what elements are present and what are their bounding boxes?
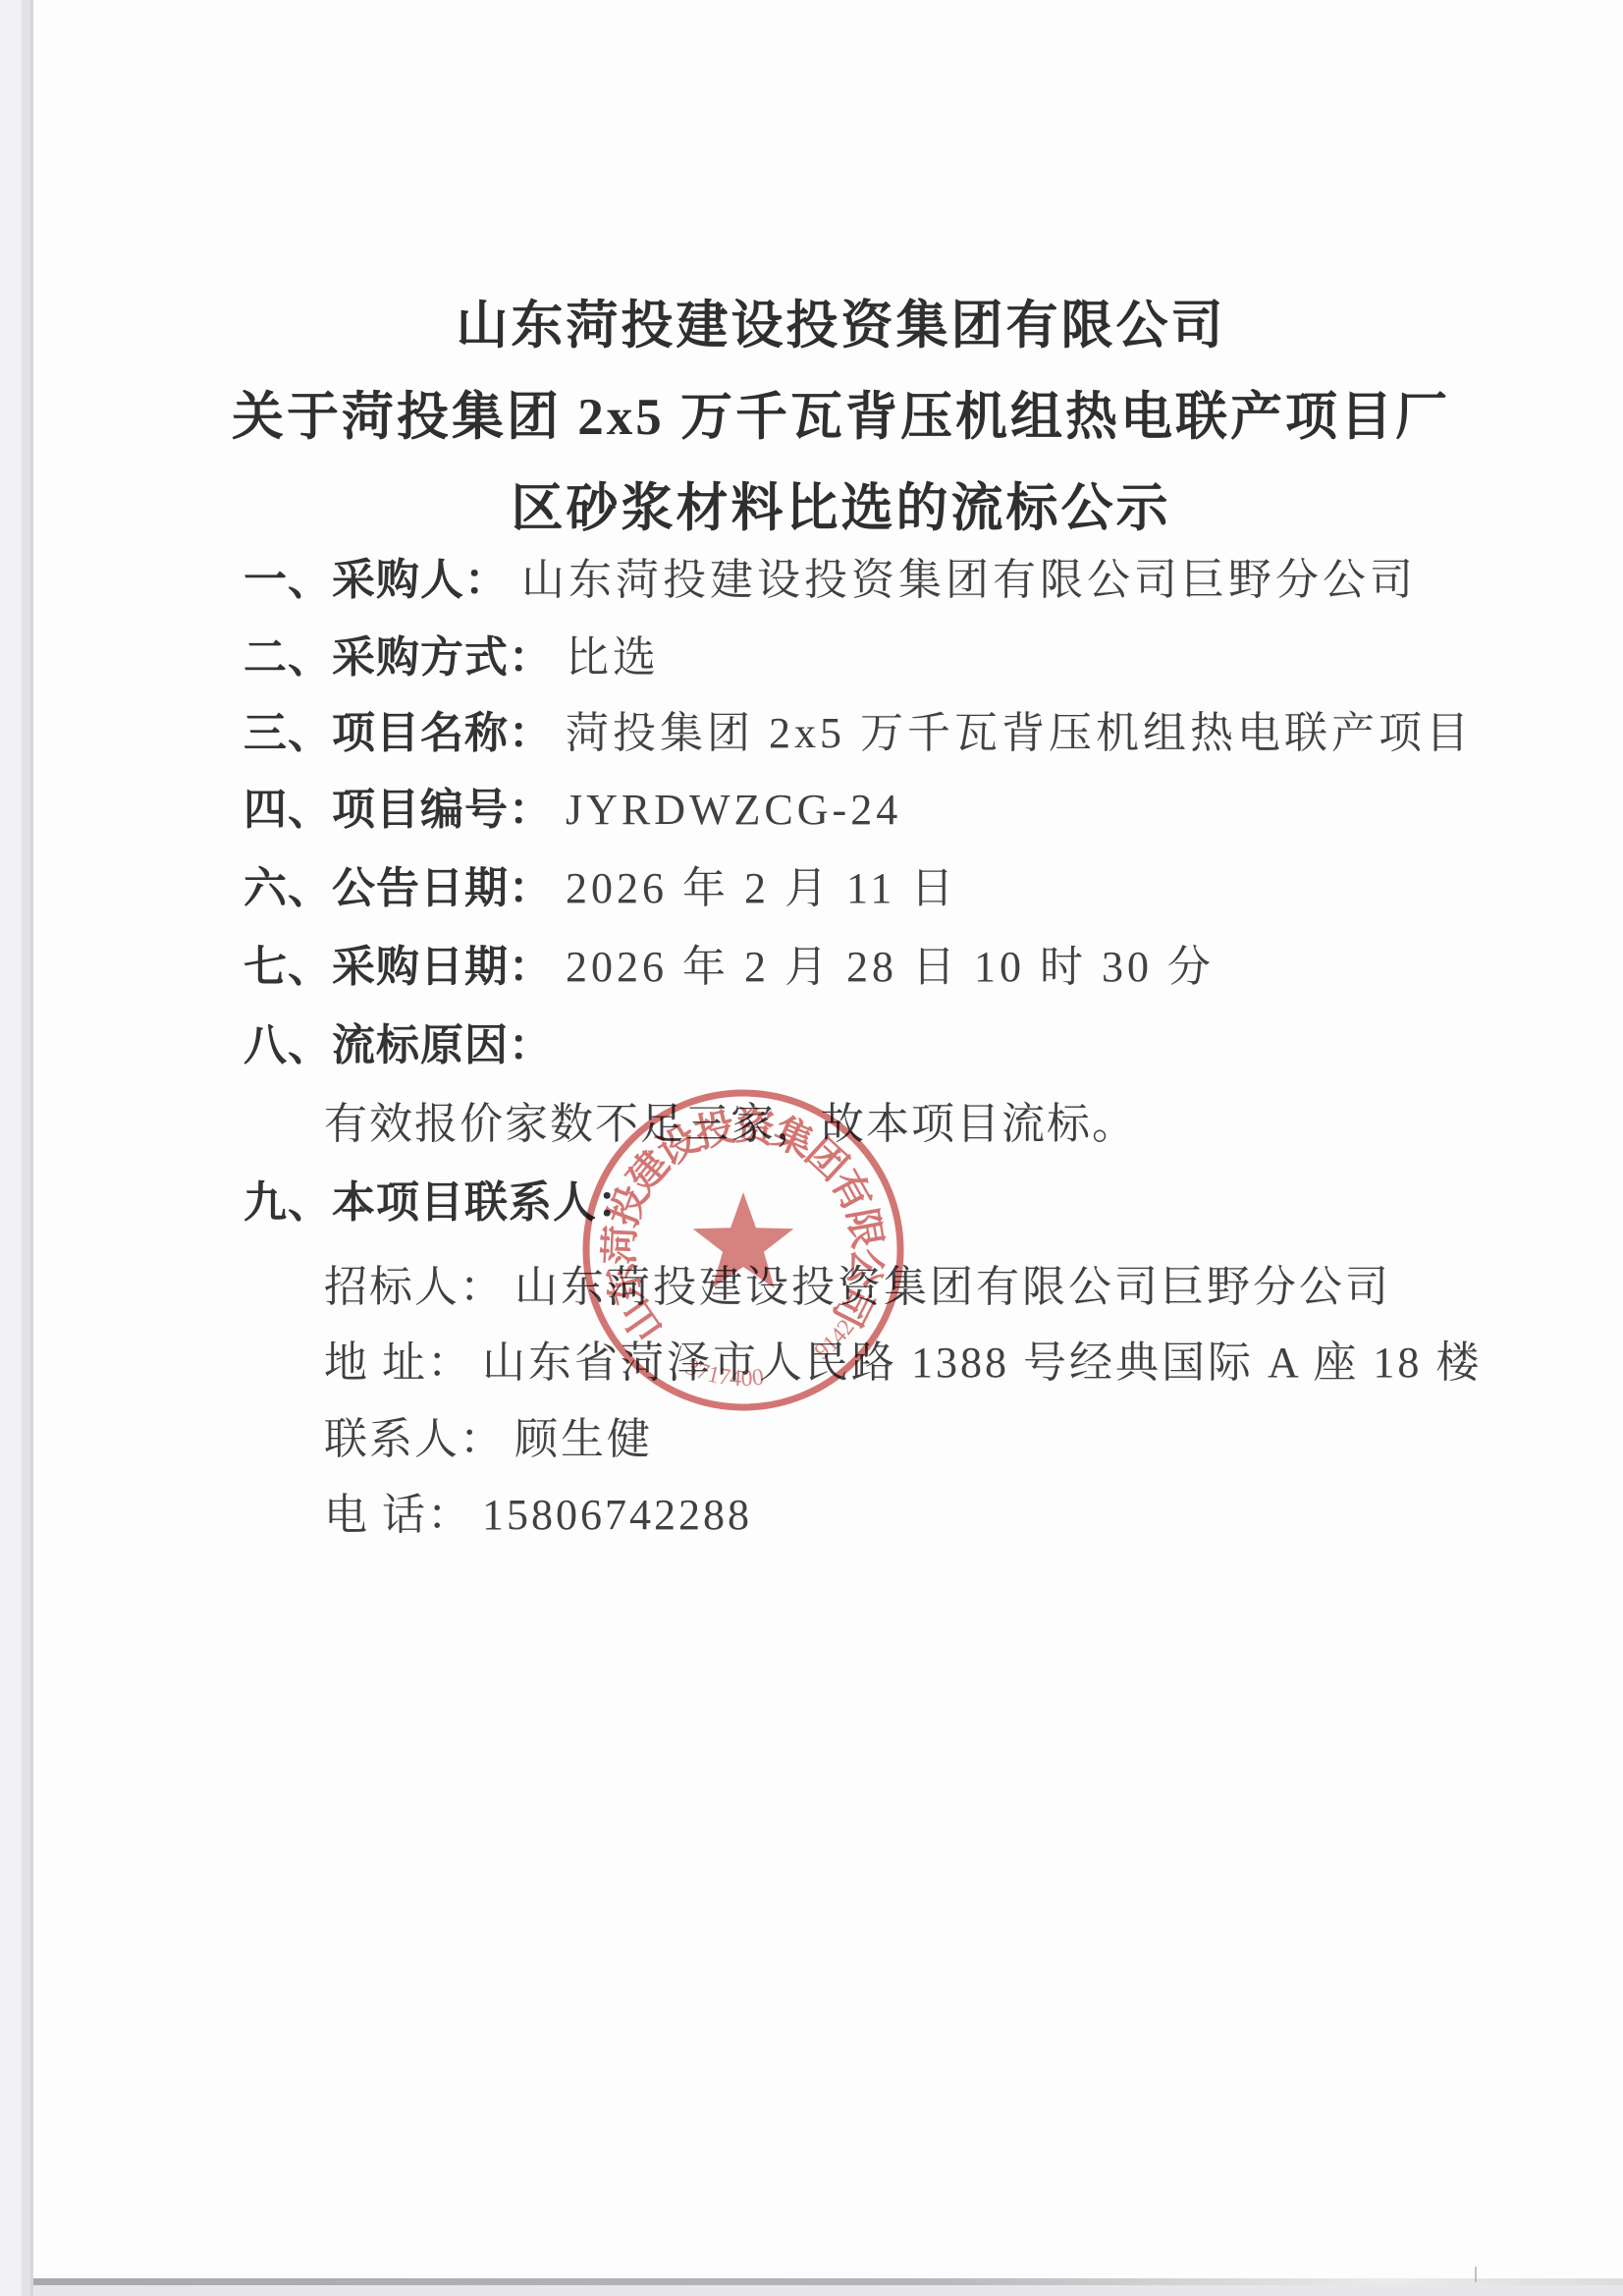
field-project-number: 四、项目编号：JYRDWZCG-24 xyxy=(243,786,901,835)
contact-tenderer-label: 招标人： xyxy=(324,1263,505,1311)
field-project-name: 三、项目名称：菏投集团 2x5 万千瓦背压机组热电联产项目 xyxy=(243,709,1473,758)
contact-phone-label: 电 话： xyxy=(324,1491,472,1539)
contact-phone-value: 15806742288 xyxy=(482,1491,752,1539)
document-title-line-1: 山东菏投建设投资集团有限公司 xyxy=(59,297,1623,355)
field-project-name-value: 菏投集团 2x5 万千瓦背压机组热电联产项目 xyxy=(566,709,1473,757)
scan-edge-bottom xyxy=(33,2278,1623,2285)
scanned-document-page: 山东菏投建设投资集团有限公司 关于菏投集团 2x5 万千瓦背压机组热电联产项目厂… xyxy=(0,0,1623,2296)
field-procurement-method-value: 比选 xyxy=(566,633,660,682)
svg-text:3717400: 3717400 xyxy=(681,1354,765,1392)
field-announcement-date: 六、公告日期：2026 年 2 月 11 日 xyxy=(243,864,957,913)
field-announcement-date-value: 2026 年 2 月 11 日 xyxy=(566,864,957,912)
company-seal: 山东菏投建设投资集团有限公司 3717400 9142 xyxy=(567,1073,920,1427)
field-procurement-date-value: 2026 年 2 月 28 日 10 时 30 分 xyxy=(566,943,1215,991)
field-project-number-label: 四、项目编号： xyxy=(243,786,553,834)
field-procurement-date-label: 七、采购日期： xyxy=(243,943,553,991)
field-purchaser: 一、采购人：山东菏投建设投资集团有限公司巨野分公司 xyxy=(243,556,1417,605)
field-procurement-date: 七、采购日期：2026 年 2 月 28 日 10 时 30 分 xyxy=(243,943,1215,992)
field-failure-reason-label: 八、流标原因： xyxy=(243,1021,553,1069)
contact-phone: 电 话：15806742288 xyxy=(324,1491,752,1540)
seal-star-icon xyxy=(693,1192,794,1288)
field-procurement-method: 二、采购方式：比选 xyxy=(243,633,660,683)
scan-artifact-tick xyxy=(1475,2267,1477,2282)
document-title-line-3: 区砂浆材料比选的流标公示 xyxy=(59,479,1623,538)
scan-edge-left xyxy=(0,0,33,2296)
seal-code-left: 3717400 xyxy=(681,1354,765,1392)
field-purchaser-value: 山东菏投建设投资集团有限公司巨野分公司 xyxy=(521,556,1417,604)
field-failure-reason-heading: 八、流标原因： xyxy=(243,1021,553,1070)
field-project-number-value: JYRDWZCG-24 xyxy=(566,786,901,834)
field-project-name-label: 三、项目名称： xyxy=(243,709,553,757)
field-announcement-date-label: 六、公告日期： xyxy=(243,864,553,912)
field-procurement-method-label: 二、采购方式： xyxy=(243,633,553,682)
field-purchaser-label: 一、采购人： xyxy=(243,556,509,604)
contact-address-label: 地 址： xyxy=(324,1339,472,1387)
document-title-line-2: 关于菏投集团 2x5 万千瓦背压机组热电联产项目厂 xyxy=(59,388,1623,447)
scan-background-bottom xyxy=(33,2285,1623,2296)
contact-person-label: 联系人： xyxy=(324,1415,505,1463)
